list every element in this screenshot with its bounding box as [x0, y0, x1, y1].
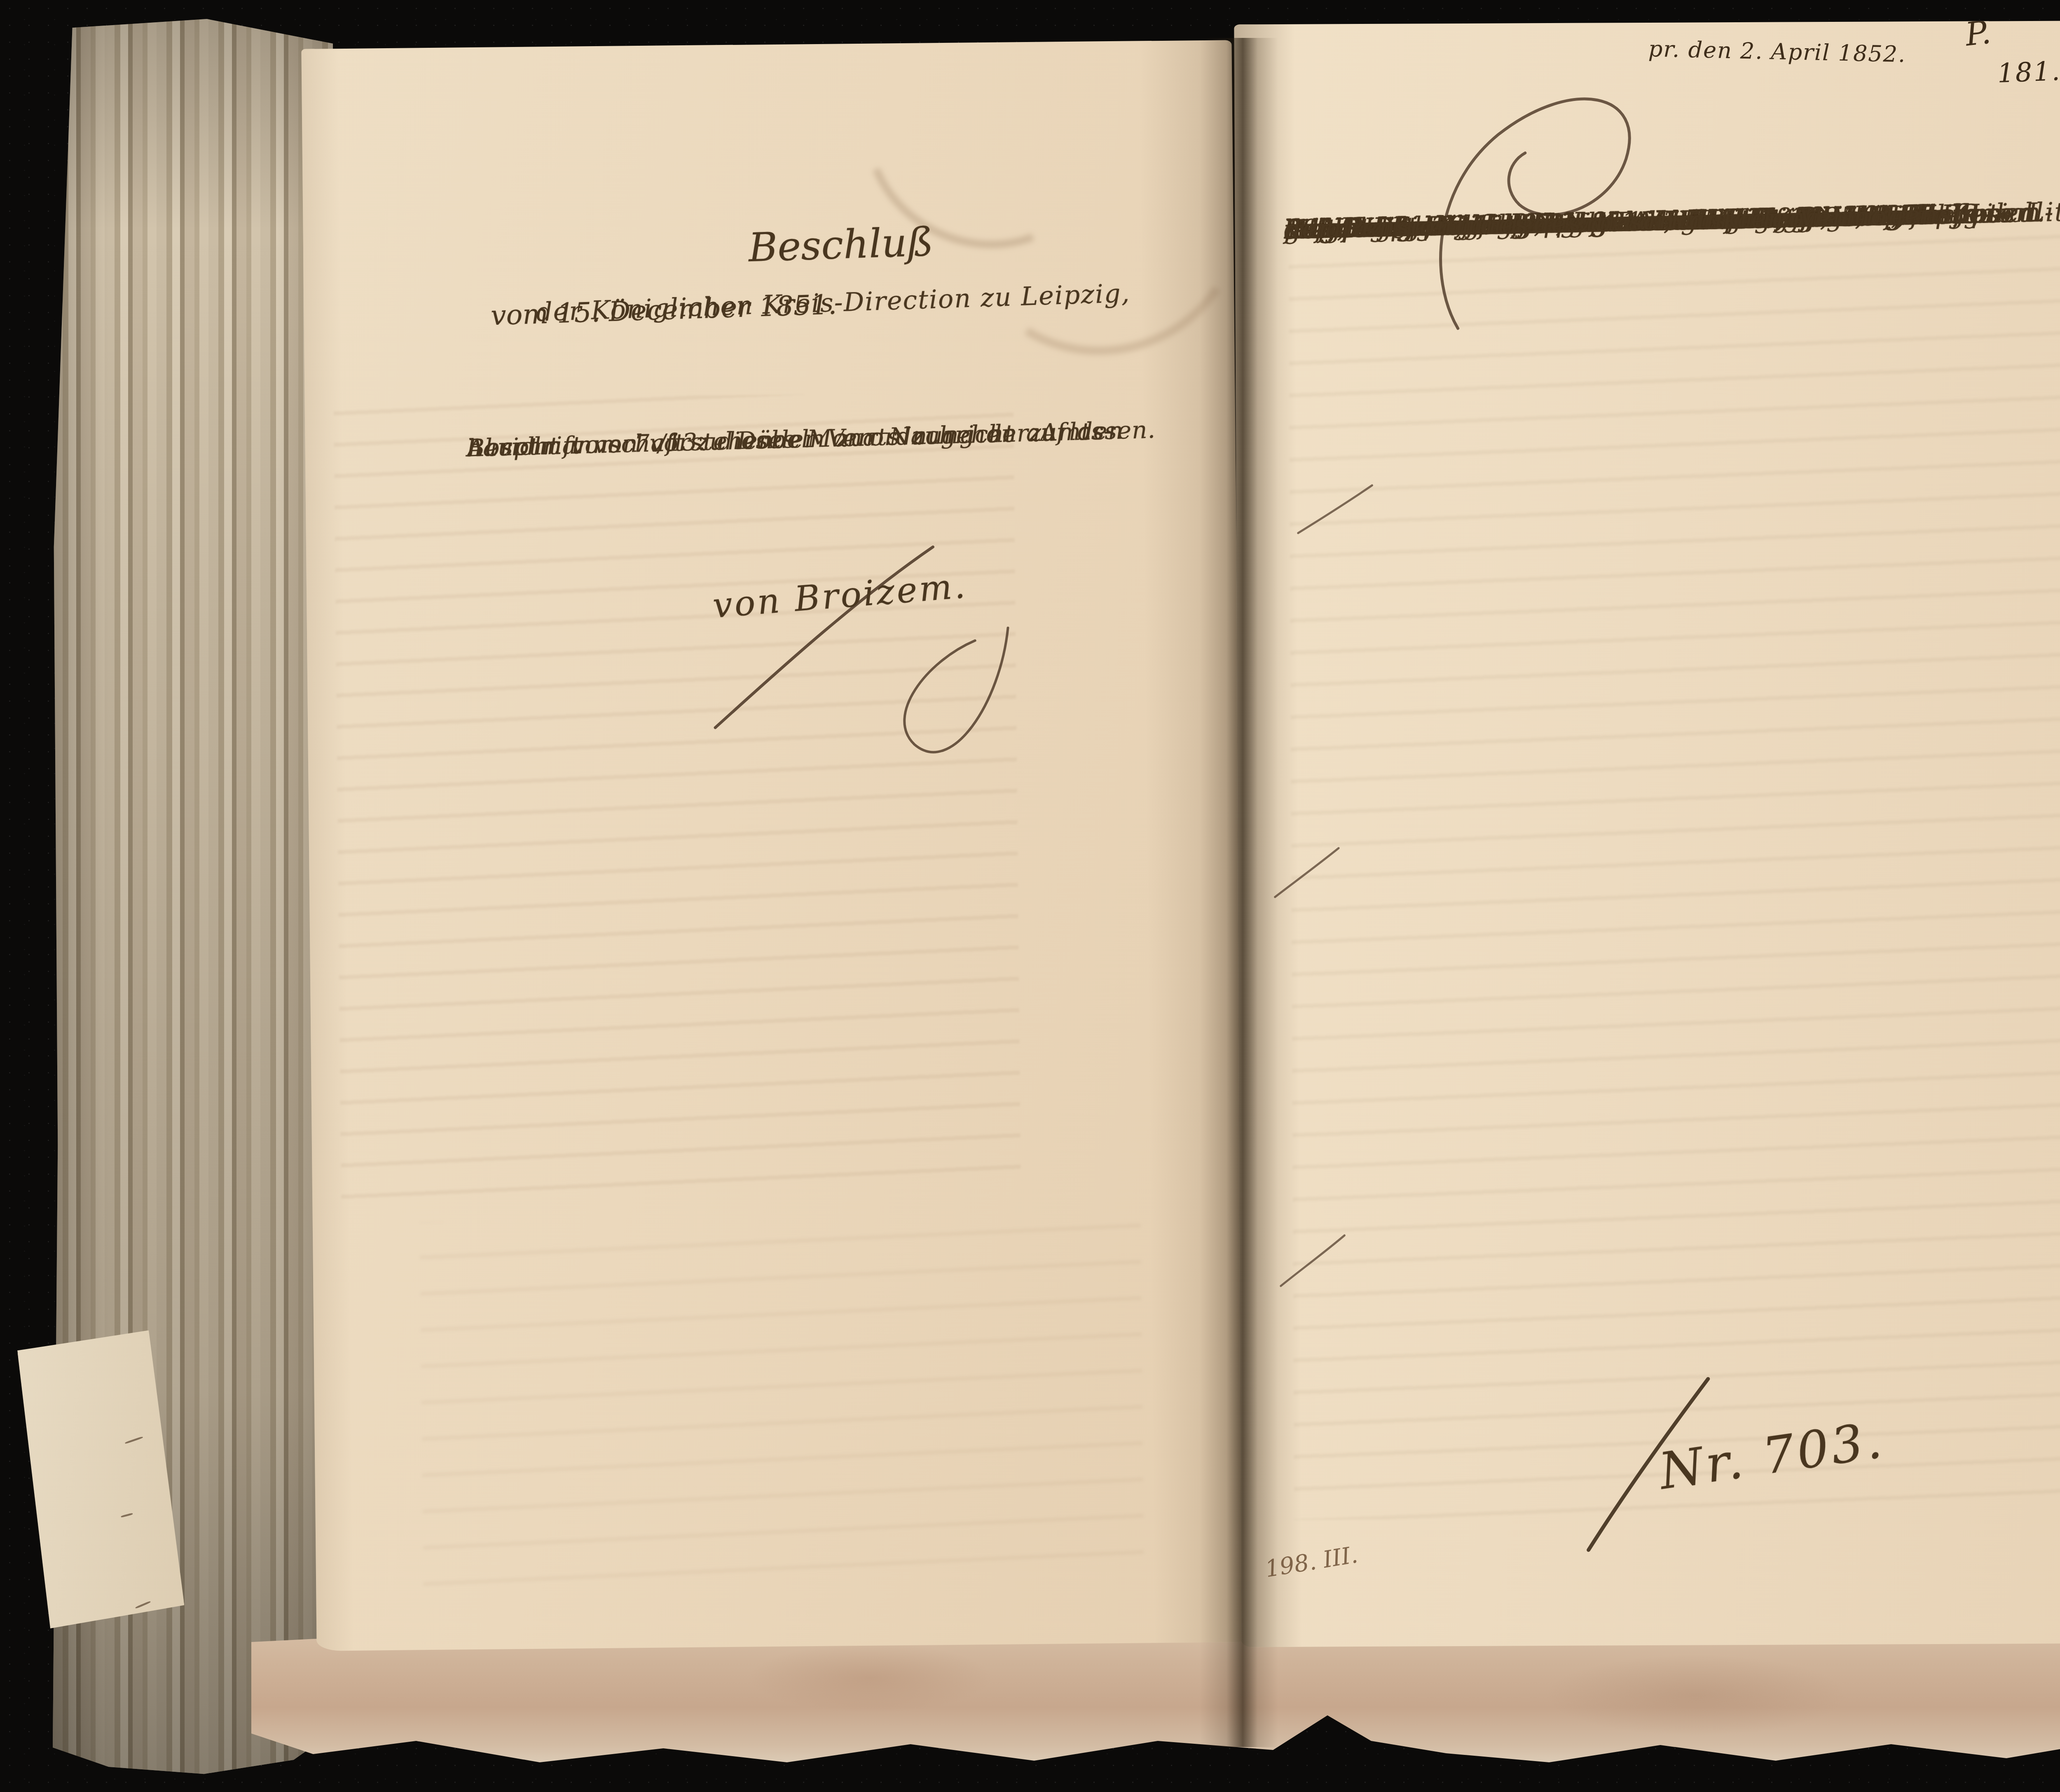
ink-showthrough — [334, 392, 1021, 1202]
manuscript-line: der Pension und des beschränkten Vermöge… — [1284, 190, 1962, 254]
ink-fragment — [124, 1436, 143, 1444]
presentation-note: pr. den 2. April 1852. — [1648, 36, 1906, 68]
book-scan: Beschluß der Königlichen Kreis-Direction… — [0, 0, 2060, 1792]
ink-showthrough — [1289, 218, 2060, 1520]
file-reference-note: 198. III. — [1263, 1541, 1360, 1583]
registry-mark: P. — [1964, 20, 1993, 54]
ink-fragment — [135, 1601, 151, 1609]
ink-fragment — [121, 1513, 133, 1518]
pen-flourishes — [1234, 20, 2060, 1647]
right-page: pr. den 2. April 1852. P. 181. Die Amtsh… — [1234, 20, 2060, 1647]
left-page: Beschluß der Königlichen Kreis-Direction… — [301, 40, 1247, 1651]
ink-showthrough — [420, 1216, 1145, 1593]
heading-line-3: vom 15. December 1851. — [490, 276, 838, 344]
signature: von Broizem. — [711, 565, 968, 626]
page-number: 181. — [1997, 56, 2060, 89]
decree-body: Abschrift von vorstehender Verordnung de… — [466, 403, 1247, 425]
body-line: Bericht vom 7./13. dieses Monats zugehen… — [466, 407, 1156, 471]
decree-text-block: Die Amtshauptmannschaft zu Döbeln er- si… — [1284, 183, 2060, 206]
document-number: Nr. 703. — [1655, 1410, 1888, 1501]
